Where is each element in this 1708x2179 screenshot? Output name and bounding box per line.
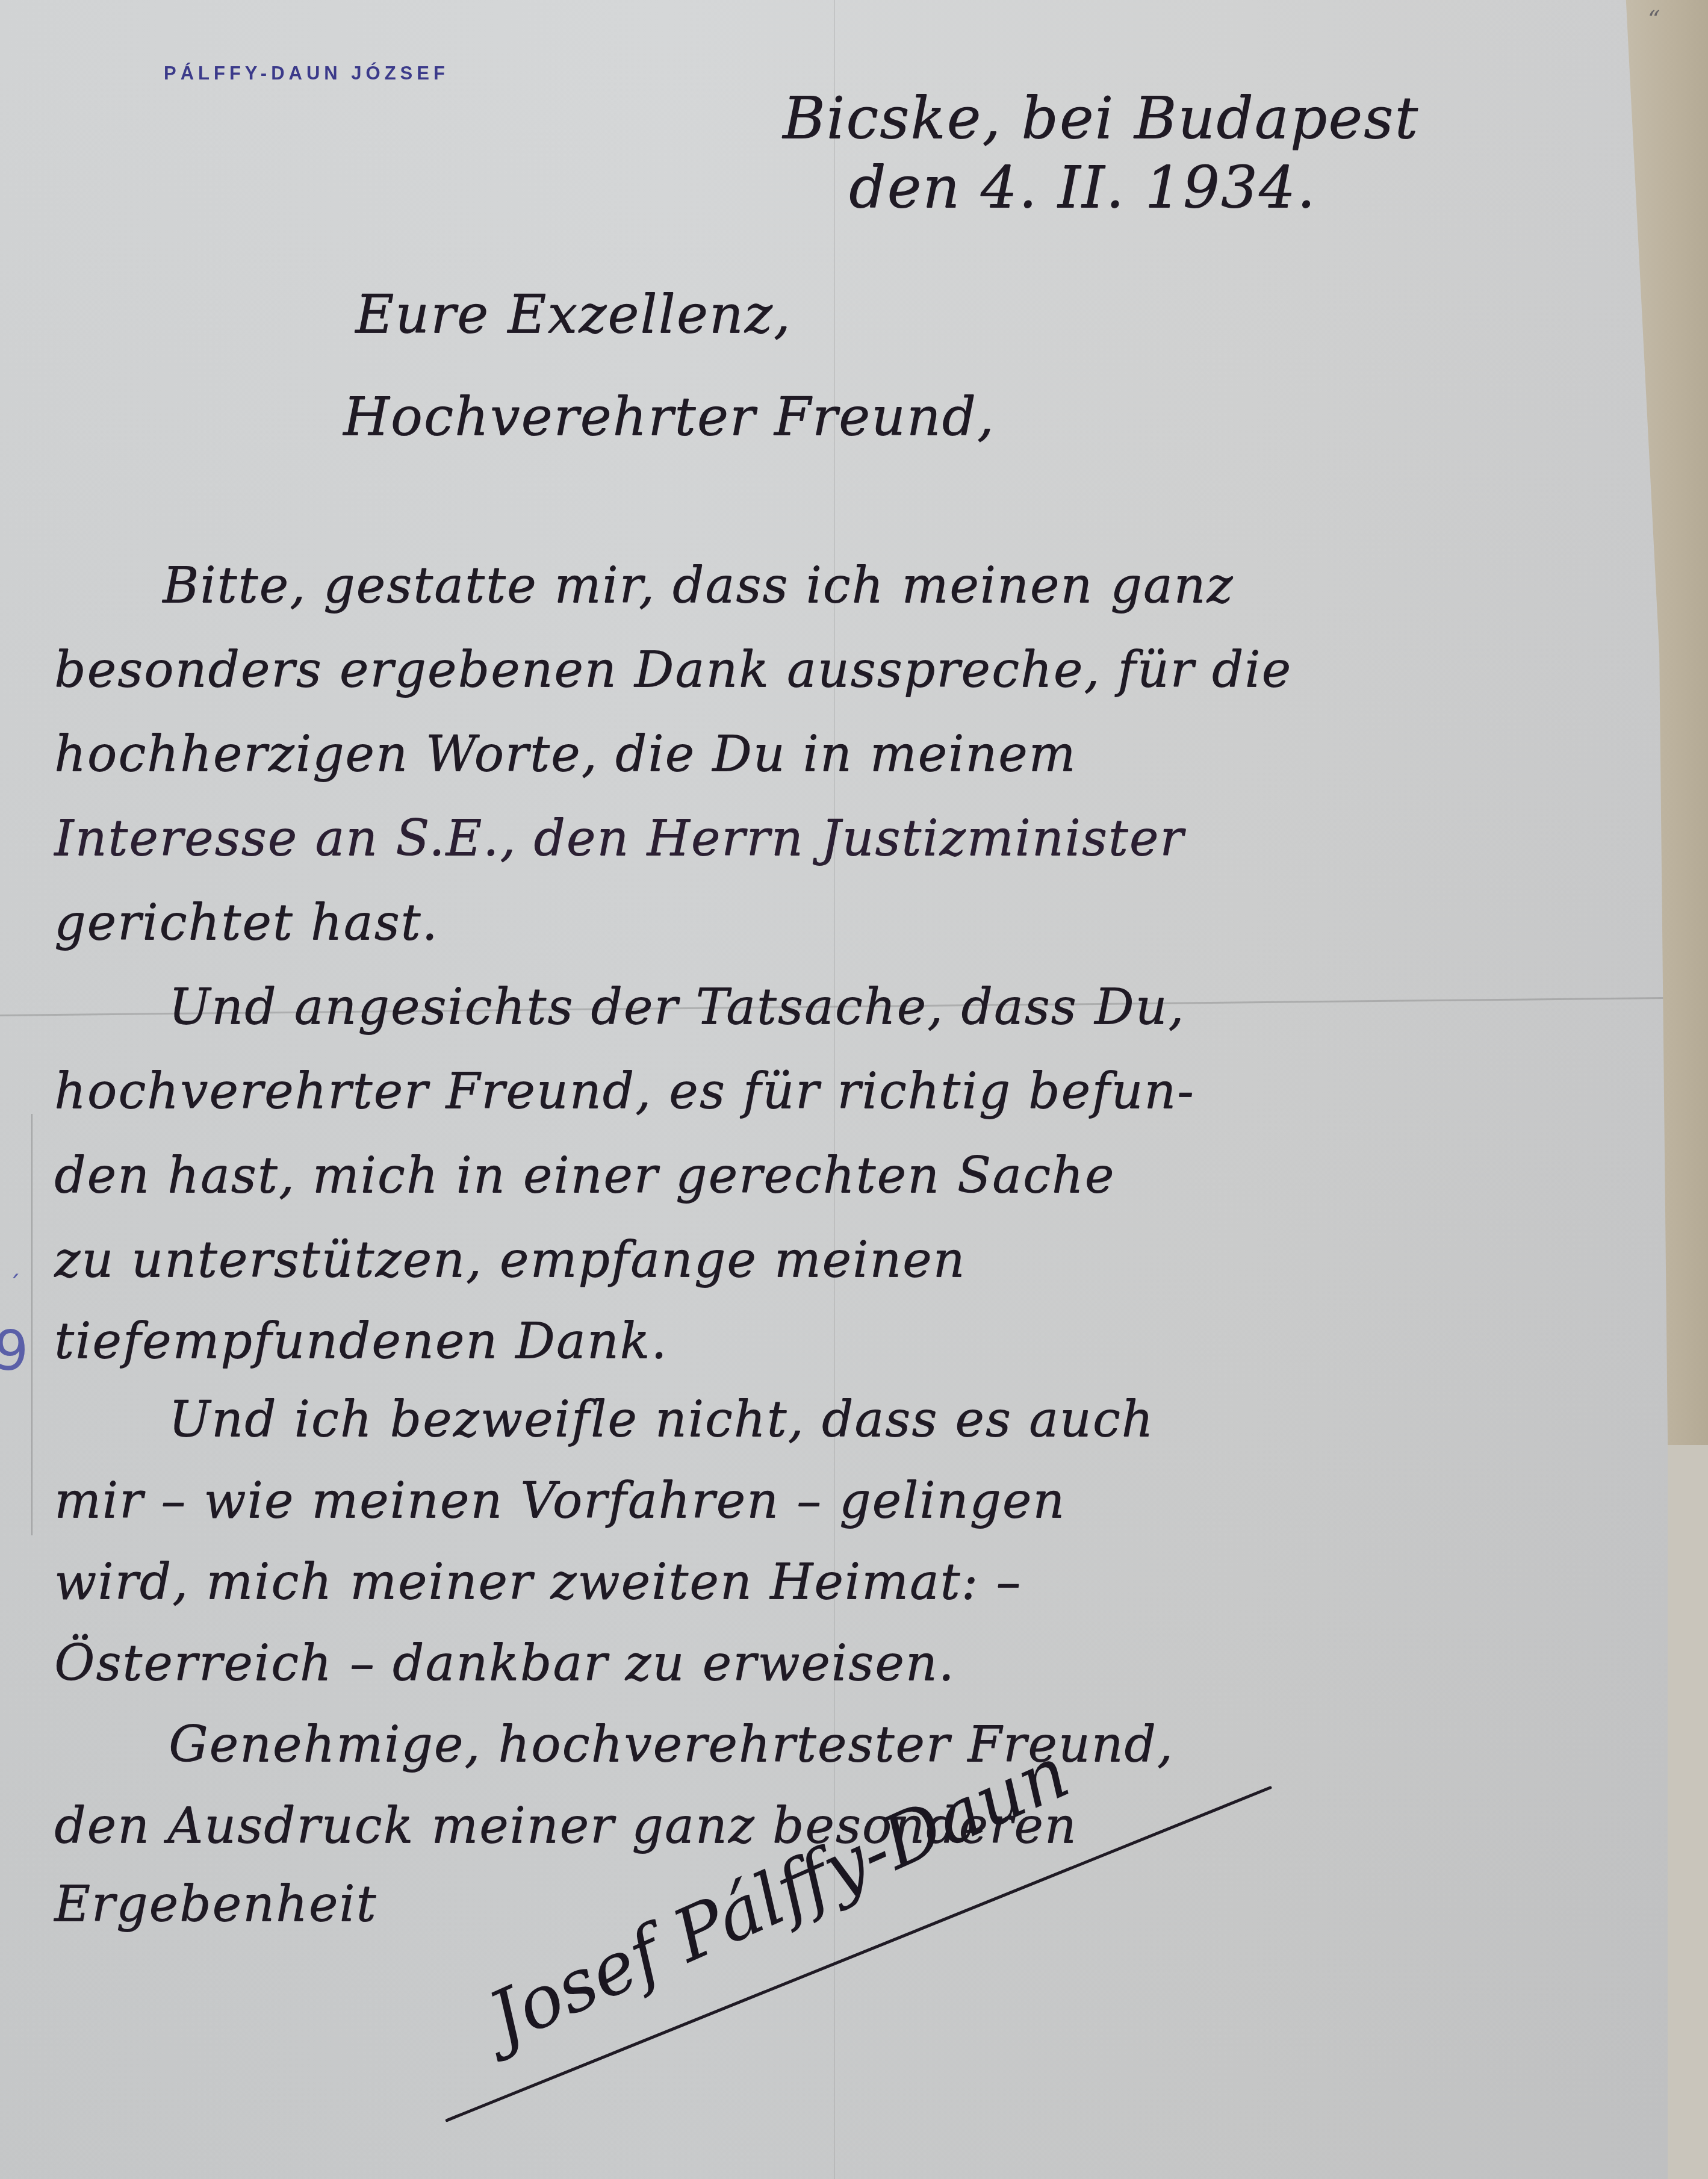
- body-line: zu unterstützen, empfange meinen: [54, 1231, 966, 1288]
- body-line: gerichtet hast.: [54, 894, 438, 951]
- underlying-sheet-text: “: [1648, 6, 1660, 34]
- body-line: Bitte, gestatte mir, dass ich meinen gan…: [163, 557, 1234, 614]
- salutation-line: Eure Exzellenz,: [355, 283, 792, 345]
- letterhead: PÁLFFY-DAUN JÓZSEF: [164, 63, 449, 84]
- body-line: wird, mich meiner zweiten Heimat: –: [54, 1553, 1022, 1611]
- body-line: den hast, mich in einer gerechten Sache: [54, 1147, 1115, 1204]
- place-line: Bicske, bei Budapest: [783, 84, 1419, 152]
- left-margin-crease: [31, 1114, 33, 1535]
- body-line: Und ich bezweifle nicht, dass es auch: [169, 1391, 1154, 1448]
- letter-sheet: ˏ 9 PÁLFFY-DAUN JÓZSEF Bicske, bei Budap…: [0, 0, 1668, 2179]
- signature: Josef Pálffy-Daun: [477, 1730, 1081, 2061]
- body-line: hochverehrter Freund, es für richtig bef…: [54, 1063, 1195, 1120]
- body-line: Interesse an S.E., den Herrn Justizminis…: [54, 810, 1184, 867]
- blue-pencil-mark: 9: [0, 1325, 28, 1379]
- body-line: tiefempfundenen Dank.: [54, 1313, 668, 1370]
- closing-line: Ergebenheit: [54, 1876, 377, 1933]
- body-line: Österreich – dankbar zu erweisen.: [54, 1635, 955, 1692]
- body-line: hochherzigen Worte, die Du in meinem: [54, 726, 1076, 783]
- body-line: mir – wie meinen Vorfahren – gelingen: [54, 1472, 1066, 1529]
- date-line: den 4. II. 1934.: [849, 154, 1316, 221]
- salutation-line: Hochverehrter Freund,: [343, 385, 995, 447]
- blue-pencil-mark: ˏ: [8, 1252, 20, 1276]
- body-line: Und angesichts der Tatsache, dass Du,: [169, 978, 1185, 1036]
- body-line: besonders ergebenen Dank ausspreche, für…: [54, 641, 1292, 698]
